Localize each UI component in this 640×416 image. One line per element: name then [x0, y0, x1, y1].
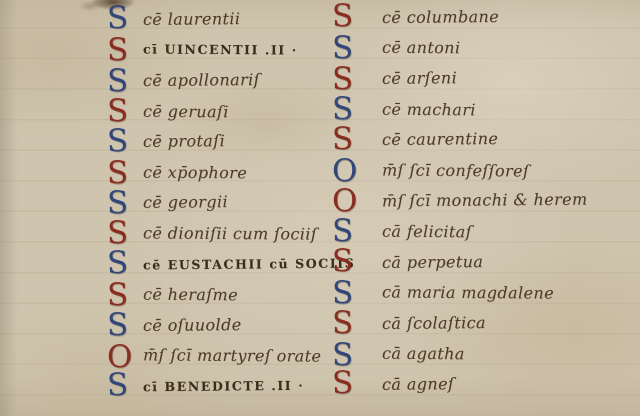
entry-text: cī BENEDICTE .II ·	[143, 378, 304, 394]
initial-letter: S	[332, 96, 362, 122]
litany-entry: S cā perpetua	[332, 247, 632, 278]
initial-letter: S	[332, 342, 362, 368]
entry-text: cē arſeni	[382, 68, 457, 88]
initial-letter: S	[332, 310, 362, 336]
litany-entry: S cā felicitaſ	[332, 216, 632, 247]
litany-entry: S cē geruaſi	[107, 96, 332, 127]
initial-letter: S	[107, 282, 137, 308]
litany-entry: S cē caurentine	[332, 124, 632, 155]
entry-text: cā agatha	[382, 344, 465, 364]
litany-entry: S cē columbane	[332, 2, 632, 33]
entry-text: cē protaſi	[143, 131, 225, 151]
entry-text: m̄ſ ſcī monachi & herem	[382, 190, 588, 211]
initial-letter: S	[107, 5, 137, 32]
litany-entry: S cē arſeni	[332, 63, 632, 94]
litany-column-right: S cē columbane S cē antoni S cē arſeni S…	[332, 2, 632, 400]
initial-letter: S	[107, 250, 137, 277]
litany-entry: S cā agneſ	[332, 369, 632, 400]
manuscript-page: S cē laurentii S cī UINCENTII .II · S cē…	[0, 0, 640, 416]
litany-entry: S cā maria magdalene	[332, 277, 632, 308]
initial-letter: S	[107, 37, 137, 63]
entry-text: cē dioniſii cum ſociiſ	[143, 223, 317, 243]
litany-entry: S cē xp̄ophore	[107, 157, 332, 188]
litany-entry: S cē apollonariſ	[107, 65, 332, 96]
initial-letter: S	[107, 312, 137, 338]
entry-text: cā felicitaſ	[382, 222, 472, 242]
litany-entry: S cā ſcolaſtica	[332, 308, 632, 339]
initial-letter: S	[107, 68, 137, 94]
entry-text: cā ſcolaſtica	[382, 313, 486, 333]
initial-letter: O	[332, 158, 362, 184]
entry-text: cē georgii	[143, 192, 228, 212]
initial-letter: O	[107, 344, 137, 370]
entry-text: cē antoni	[382, 38, 461, 58]
litany-entry: S cē protaſi	[107, 126, 332, 157]
entry-text: cē heraſme	[143, 285, 238, 305]
litany-entry: S cē EUSTACHII cū SOCIIS	[107, 249, 332, 280]
entry-text: cē apollonariſ	[143, 70, 260, 90]
litany-entry: O m̄ſ ſcī martyreſ orate	[107, 341, 332, 372]
entry-text: cē oſuuolde	[143, 315, 242, 335]
initial-letter: S	[332, 248, 362, 275]
initial-letter: S	[107, 98, 137, 124]
initial-letter: S	[332, 3, 362, 30]
initial-letter: S	[107, 372, 137, 399]
entry-text: m̄ſ ſcī confeſſoreſ	[382, 160, 529, 180]
entry-text: cē machari	[382, 99, 476, 119]
initial-letter: S	[332, 218, 362, 244]
entry-text: cē laurentii	[143, 9, 241, 29]
entry-text: cē EUSTACHII cū SOCIIS	[143, 255, 355, 272]
initial-letter: S	[107, 190, 137, 216]
litany-entry: O m̄ſ ſcī confeſſoreſ	[332, 155, 632, 186]
litany-entry: S cī UINCENTII .II ·	[107, 35, 332, 66]
entry-text: cē xp̄ophore	[143, 162, 247, 182]
entry-text: cā perpetua	[382, 252, 484, 272]
initial-letter: S	[332, 280, 362, 306]
litany-entry: S cā agatha	[332, 339, 632, 370]
entry-text: cā agneſ	[382, 374, 454, 394]
initial-letter: S	[332, 125, 362, 152]
litany-entry: S cē laurentii	[107, 4, 332, 35]
entry-text: cē columbane	[382, 7, 499, 27]
litany-entry: S cē machari	[332, 94, 632, 125]
entry-text: cī UINCENTII .II ·	[143, 42, 298, 58]
initial-letter: S	[332, 66, 362, 92]
litany-entry: S cē dioniſii cum ſociiſ	[107, 218, 332, 249]
litany-column-left: S cē laurentii S cī UINCENTII .II · S cē…	[107, 4, 332, 402]
litany-entry: S cē georgii	[107, 188, 332, 219]
initial-letter: S	[107, 220, 137, 246]
initial-letter: O	[332, 188, 362, 214]
litany-entry: S cī BENEDICTE .II ·	[107, 371, 332, 402]
initial-letter: S	[332, 35, 362, 61]
entry-text: cē caurentine	[382, 129, 498, 149]
entry-text: m̄ſ ſcī martyreſ orate	[143, 346, 321, 366]
litany-entry: O m̄ſ ſcī monachi & herem	[332, 186, 632, 217]
initial-letter: S	[332, 370, 362, 397]
initial-letter: S	[107, 127, 137, 154]
entry-text: cā maria magdalene	[382, 283, 554, 303]
initial-letter: S	[107, 160, 137, 186]
litany-entry: S cē heraſme	[107, 279, 332, 310]
litany-entry: S cē oſuuolde	[107, 310, 332, 341]
litany-entry: S cē antoni	[332, 33, 632, 64]
entry-text: cē geruaſi	[143, 101, 229, 121]
